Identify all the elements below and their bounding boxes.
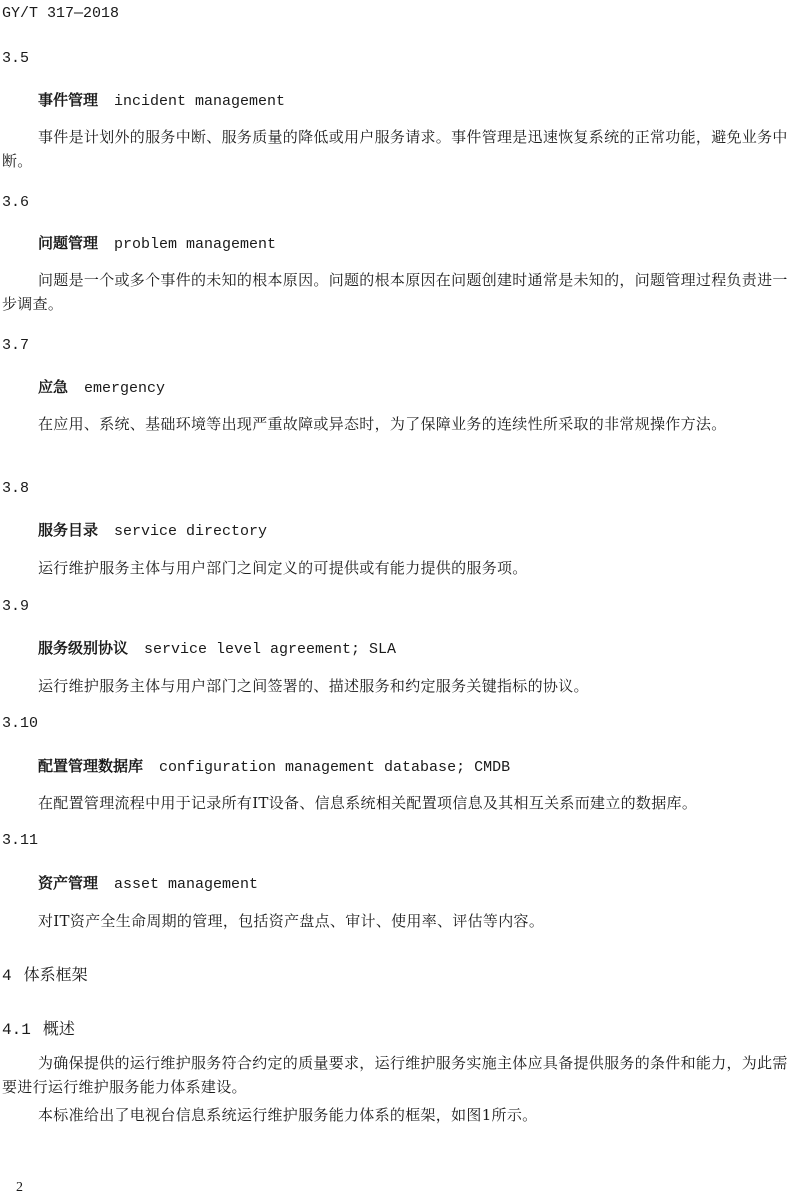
- term-definition: 运行维护服务主体与用户部门之间定义的可提供或有能力提供的服务项。: [2, 556, 792, 580]
- term-number: 3.6: [2, 194, 29, 211]
- term-en: incident management: [114, 93, 285, 110]
- term-en: asset management: [114, 876, 258, 893]
- term-definition: 问题是一个或多个事件的未知的根本原因。问题的根本原因在问题创建时通常是未知的，问…: [2, 268, 792, 316]
- page-number: 2: [16, 1180, 23, 1196]
- body-paragraph: 为确保提供的运行维护服务符合约定的质量要求，运行维护服务实施主体应具备提供服务的…: [2, 1051, 792, 1099]
- term-en: service level agreement; SLA: [144, 641, 396, 658]
- body-paragraph: 本标准给出了电视台信息系统运行维护服务能力体系的框架，如图1所示。: [2, 1103, 792, 1127]
- subsection-title: 概述: [43, 1019, 75, 1038]
- term-number: 3.10: [2, 715, 38, 732]
- subsection-number: 4.1: [2, 1021, 31, 1039]
- term-heading: 应急emergency: [38, 376, 165, 397]
- term-heading: 事件管理incident management: [38, 89, 285, 110]
- term-zh: 服务目录: [38, 521, 98, 539]
- term-en: emergency: [84, 380, 165, 397]
- term-en: service directory: [114, 523, 267, 540]
- term-heading: 服务目录service directory: [38, 519, 267, 540]
- term-number: 3.11: [2, 832, 38, 849]
- term-zh: 配置管理数据库: [38, 757, 143, 775]
- term-definition: 在应用、系统、基础环境等出现严重故障或异态时，为了保障业务的连续性所采取的非常规…: [2, 412, 792, 436]
- term-number: 3.9: [2, 598, 29, 615]
- term-definition: 运行维护服务主体与用户部门之间签署的、描述服务和约定服务关键指标的协议。: [2, 674, 792, 698]
- term-zh: 问题管理: [38, 234, 98, 252]
- section-heading: 4体系框架: [2, 962, 88, 985]
- term-zh: 事件管理: [38, 91, 98, 109]
- term-en: problem management: [114, 236, 276, 253]
- term-heading: 配置管理数据库configuration management database…: [38, 755, 510, 776]
- term-definition: 对IT资产全生命周期的管理，包括资产盘点、审计、使用率、评估等内容。: [2, 909, 792, 933]
- section-number: 4: [2, 967, 12, 985]
- term-heading: 问题管理problem management: [38, 232, 276, 253]
- term-definition: 在配置管理流程中用于记录所有IT设备、信息系统相关配置项信息及其相互关系而建立的…: [2, 791, 792, 815]
- term-number: 3.8: [2, 480, 29, 497]
- term-zh: 服务级别协议: [38, 639, 128, 657]
- term-heading: 资产管理asset management: [38, 872, 258, 893]
- term-en: configuration management database; CMDB: [159, 759, 510, 776]
- term-number: 3.5: [2, 50, 29, 67]
- term-zh: 资产管理: [38, 874, 98, 892]
- term-zh: 应急: [38, 378, 68, 396]
- term-definition: 事件是计划外的服务中断、服务质量的降低或用户服务请求。事件管理是迅速恢复系统的正…: [2, 125, 792, 173]
- standard-code-header: GY/T 317—2018: [2, 5, 119, 22]
- section-title: 体系框架: [24, 965, 88, 984]
- term-heading: 服务级别协议service level agreement; SLA: [38, 637, 396, 658]
- term-number: 3.7: [2, 337, 29, 354]
- subsection-heading: 4.1概述: [2, 1016, 75, 1039]
